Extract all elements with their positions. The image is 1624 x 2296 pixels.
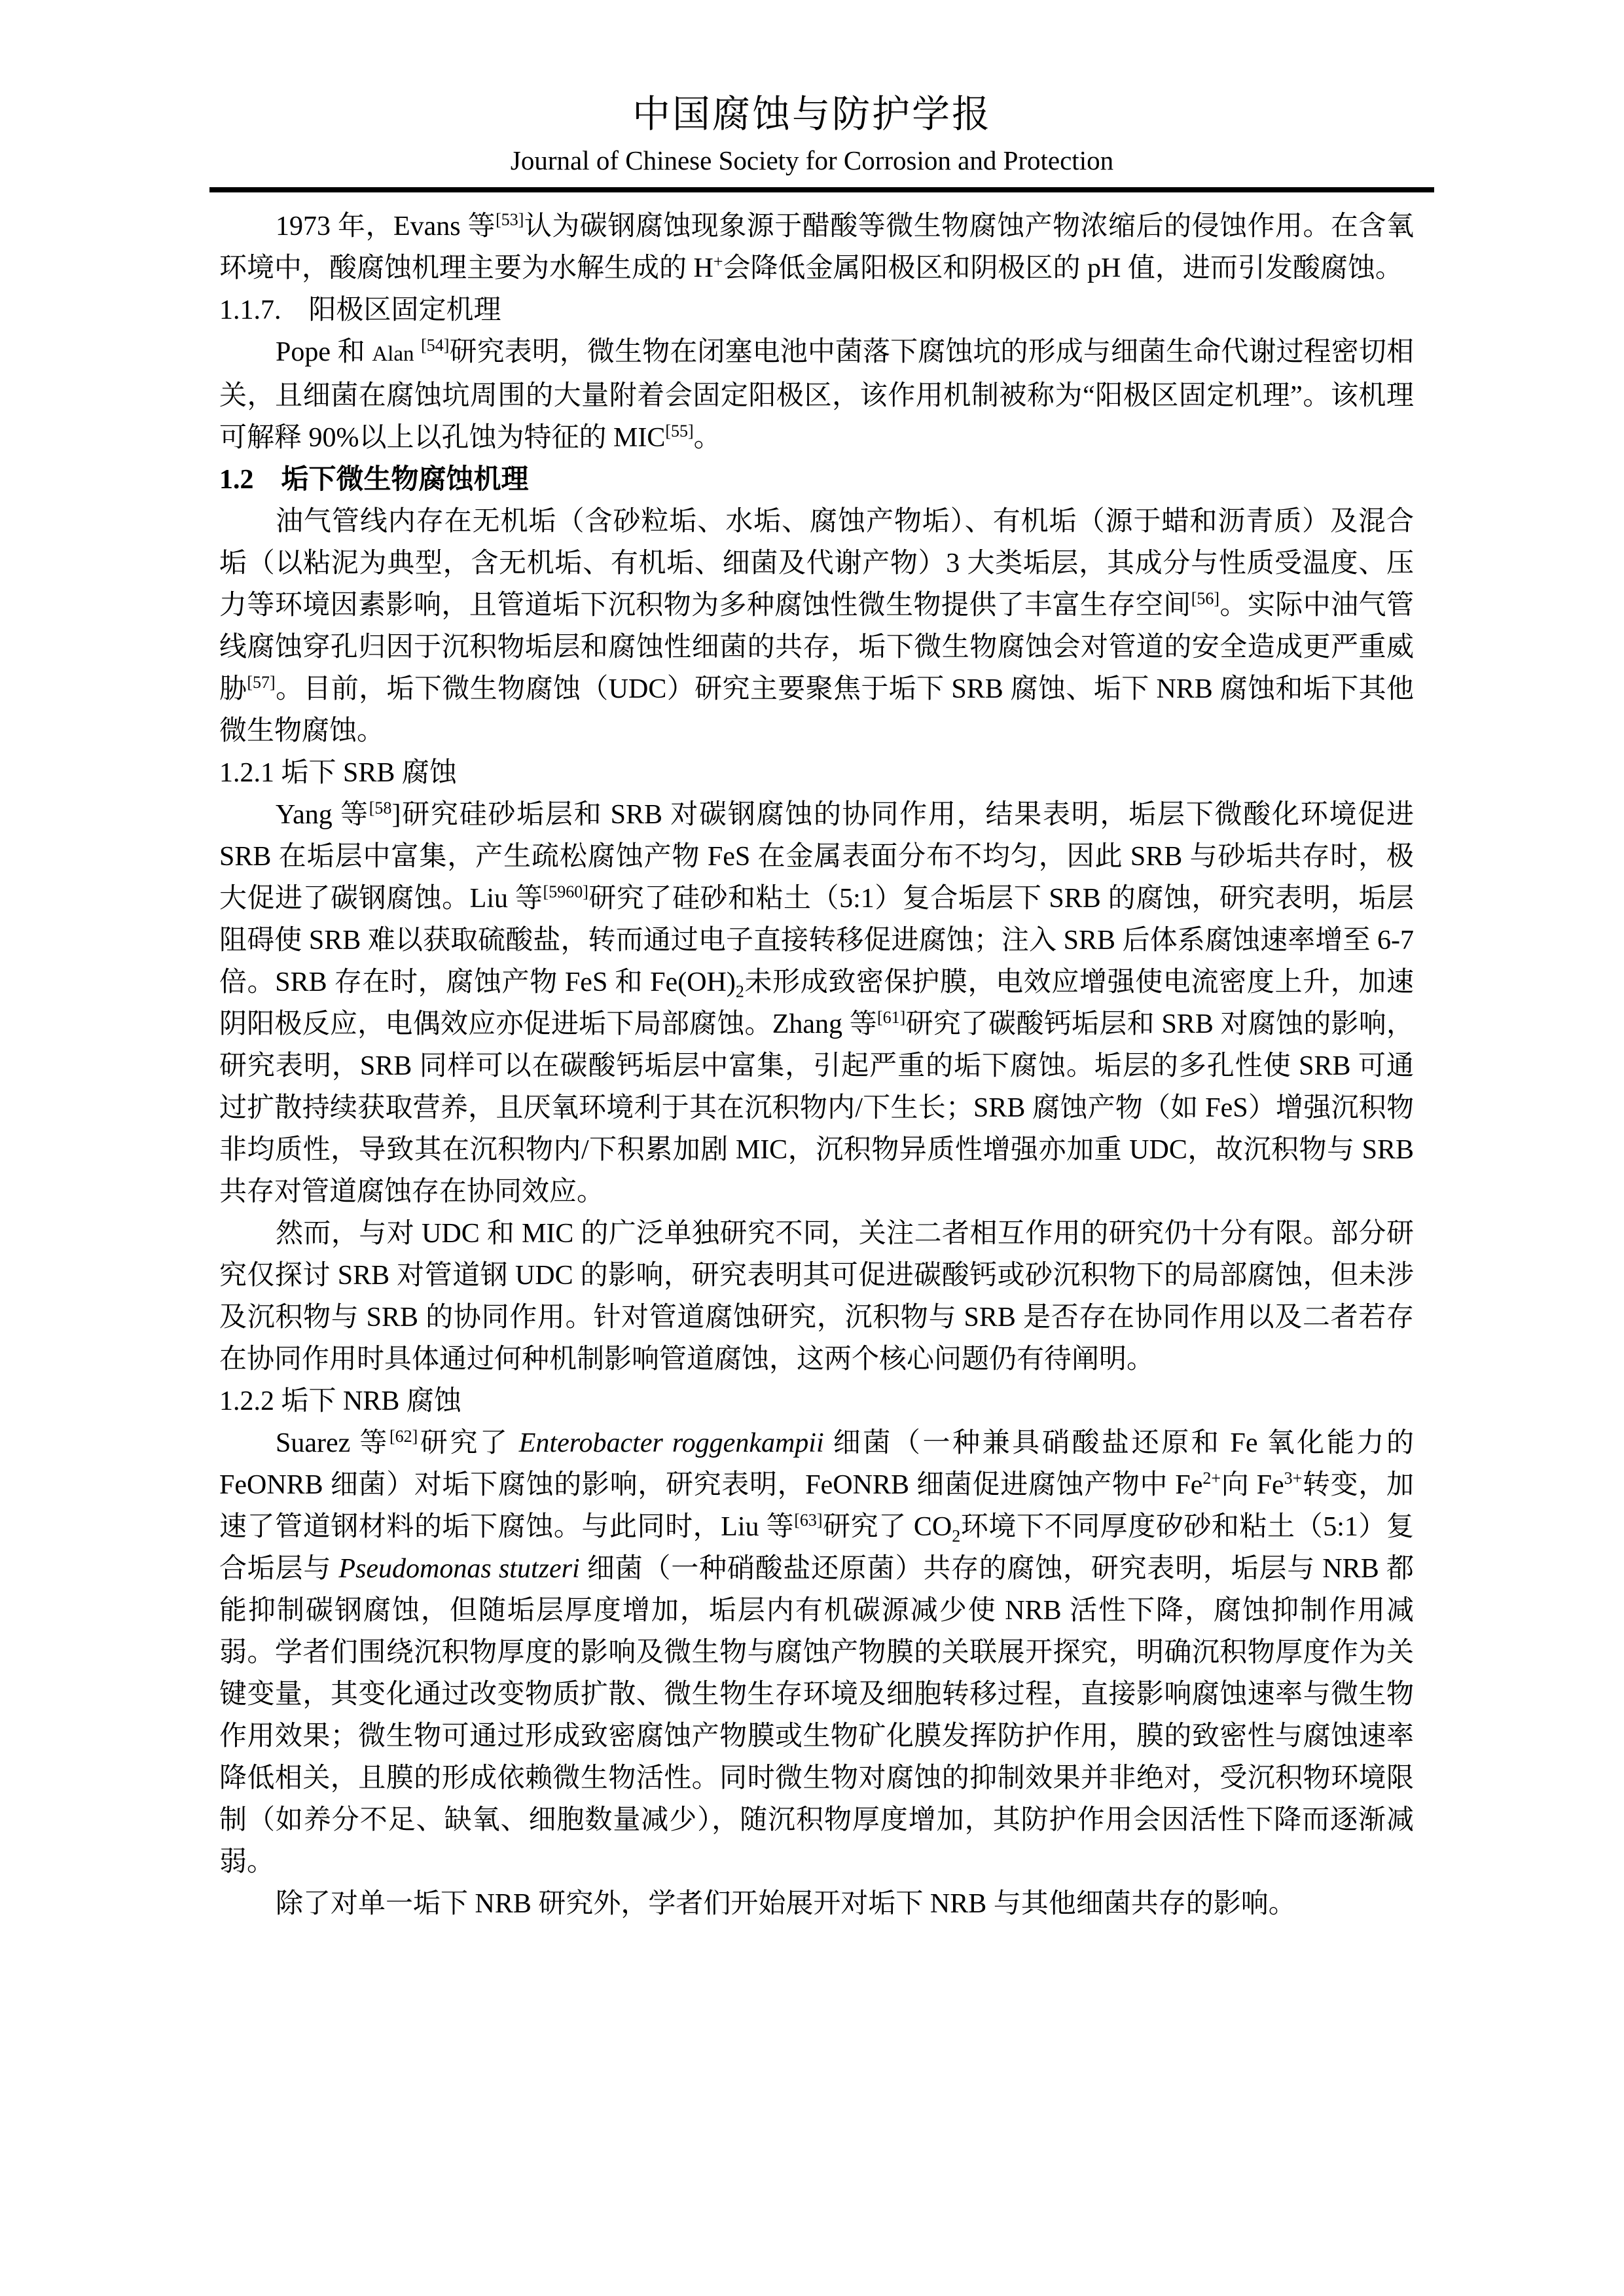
- text-run: [56]: [1191, 589, 1219, 608]
- para-scale-types: 油气管线内存在无机垢（含砂粒垢、水垢、腐蚀产物垢）、有机垢（源于蜡和沥青质）及混…: [219, 501, 1414, 752]
- text-run: [57]: [247, 673, 275, 692]
- journal-title-english: Journal of Chinese Society for Corrosion…: [0, 144, 1624, 177]
- text-run: [63]: [794, 1511, 822, 1530]
- text-run: 2: [736, 982, 744, 1001]
- heading-1-1-7: 1.1.7. 阳极区固定机理: [219, 289, 1414, 331]
- text-run: 除了对单一垢下 NRB 研究外，学者们开始展开对垢下 NRB 与其他细菌共存的影…: [276, 1889, 1296, 1919]
- text-run: 1973 年，Evans 等: [276, 211, 496, 242]
- text-run: [55]: [665, 422, 693, 440]
- text-run: 1.2.1 垢下 SRB 腐蚀: [219, 758, 457, 788]
- text-run: [54]: [421, 336, 449, 355]
- text-run: Pseudomonas stutzeri: [338, 1554, 579, 1584]
- journal-header: 中国腐蚀与防护学报 Journal of Chinese Society for…: [0, 0, 1624, 177]
- text-run: 向 Fe: [1221, 1470, 1284, 1500]
- text-run: [53]: [496, 210, 524, 229]
- text-run: 1.2.2 垢下 NRB 腐蚀: [219, 1386, 461, 1416]
- heading-1-2-2: 1.2.2 垢下 NRB 腐蚀: [219, 1380, 1414, 1422]
- text-run: +: [713, 252, 723, 271]
- text-run: Suarez 等: [276, 1428, 389, 1458]
- para-udc-mic-gap: 然而，与对 UDC 和 MIC 的广泛单独研究不同，关注二者相互作用的研究仍十分…: [219, 1213, 1414, 1380]
- text-run: [414, 337, 421, 367]
- text-run: 细菌（一种硝酸盐还原菌）共存的腐蚀，研究表明，垢层与 NRB 都能抑制碳钢腐蚀，…: [219, 1554, 1414, 1877]
- text-run: 研究了: [418, 1428, 518, 1458]
- para-nrb-coexistence: 除了对单一垢下 NRB 研究外，学者们开始展开对垢下 NRB 与其他细菌共存的影…: [219, 1883, 1414, 1925]
- text-run: Enterobacter roggenkampii: [519, 1428, 824, 1458]
- text-run: Pope 和: [276, 337, 372, 367]
- journal-title-chinese: 中国腐蚀与防护学报: [0, 90, 1624, 139]
- text-run: [58: [369, 798, 392, 817]
- text-run: 1.1.7. 阳极区固定机理: [219, 295, 501, 325]
- text-run: 2: [952, 1526, 960, 1545]
- para-anode-fixing: Pope 和 Alan [54]研究表明，微生物在闭塞电池中菌落下腐蚀坑的形成与…: [219, 331, 1414, 459]
- para-nrb-udc: Suarez 等[62]研究了 Enterobacter roggenkampi…: [219, 1422, 1414, 1883]
- header-divider: [209, 187, 1434, 192]
- para-acid-corrosion: 1973 年，Evans 等[53]认为碳钢腐蚀现象源于醋酸等微生物腐蚀产物浓缩…: [219, 206, 1414, 289]
- text-run: 会降低金属阳极区和阴极区的 pH 值，进而引发酸腐蚀。: [723, 253, 1403, 283]
- text-run: 。: [694, 423, 721, 453]
- text-run: [5960]: [543, 882, 588, 901]
- document-body: 1973 年，Evans 等[53]认为碳钢腐蚀现象源于醋酸等微生物腐蚀产物浓缩…: [219, 206, 1414, 1925]
- text-run: 。目前，垢下微生物腐蚀（UDC）研究主要聚焦于垢下 SRB 腐蚀、垢下 NRB …: [219, 674, 1414, 746]
- text-run: 3+: [1284, 1469, 1303, 1488]
- heading-1-2-1: 1.2.1 垢下 SRB 腐蚀: [219, 752, 1414, 794]
- document-page: 中国腐蚀与防护学报 Journal of Chinese Society for…: [0, 0, 1624, 2296]
- text-run: 研究了 CO: [823, 1512, 952, 1542]
- text-run: 2+: [1202, 1469, 1221, 1488]
- text-run: 1.2 垢下微生物腐蚀机理: [219, 465, 529, 495]
- text-run: 然而，与对 UDC 和 MIC 的广泛单独研究不同，关注二者相互作用的研究仍十分…: [219, 1219, 1414, 1374]
- text-run: Alan: [372, 342, 414, 366]
- heading-1-2: 1.2 垢下微生物腐蚀机理: [219, 459, 1414, 501]
- text-run: [62]: [389, 1427, 418, 1446]
- para-srb-udc: Yang 等[58]研究硅砂垢层和 SRB 对碳钢腐蚀的协同作用，结果表明，垢层…: [219, 794, 1414, 1213]
- text-run: [61]: [877, 1008, 905, 1027]
- text-run: Yang 等: [276, 800, 369, 830]
